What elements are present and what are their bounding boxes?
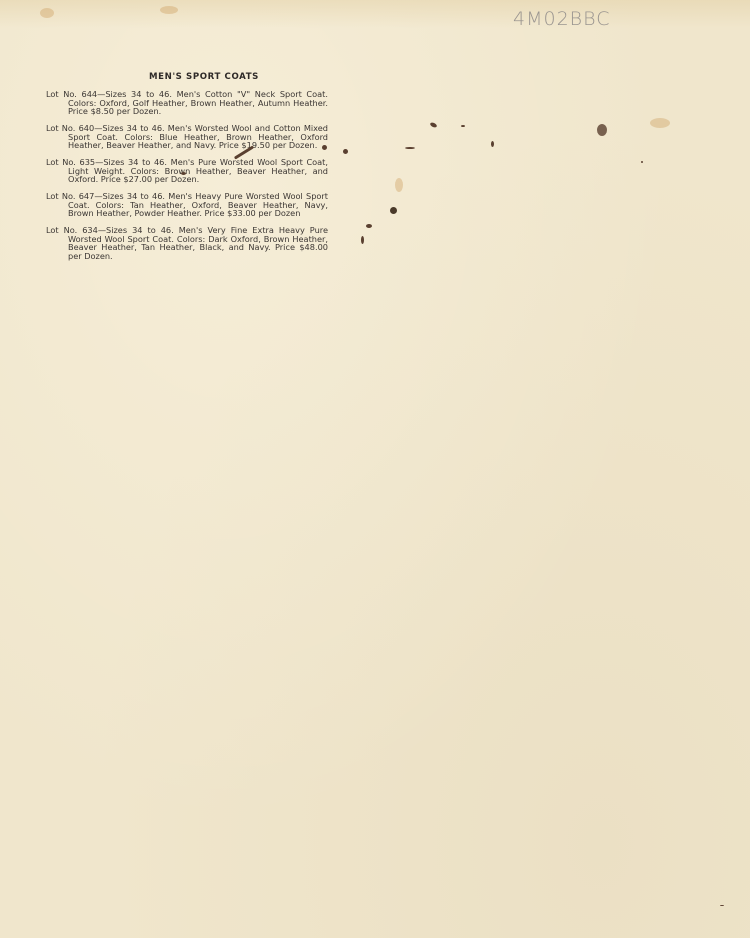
lot-entry-640: Lot No. 640—Sizes 34 to 46. Men's Worste… — [46, 124, 328, 150]
paper-edge-stain — [0, 0, 750, 28]
section-title: MEN'S SPORT COATS — [46, 72, 328, 82]
catalog-section: MEN'S SPORT COATS Lot No. 644—Sizes 34 t… — [46, 72, 328, 263]
lot-entry-634: Lot No. 634—Sizes 34 to 46. Men's Very F… — [46, 226, 328, 260]
lot-entry-644: Lot No. 644—Sizes 34 to 46. Men's Cotton… — [46, 90, 328, 116]
lot-entry-635: Lot No. 635—Sizes 34 to 46. Men's Pure W… — [46, 158, 328, 184]
catalog-page: 4M02BBC MEN'S SPORT COATS Lot No. 644—Si… — [0, 0, 750, 938]
pencil-annotation: 4M02BBC — [513, 8, 610, 30]
lot-entry-647: Lot No. 647—Sizes 34 to 46. Men's Heavy … — [46, 192, 328, 218]
